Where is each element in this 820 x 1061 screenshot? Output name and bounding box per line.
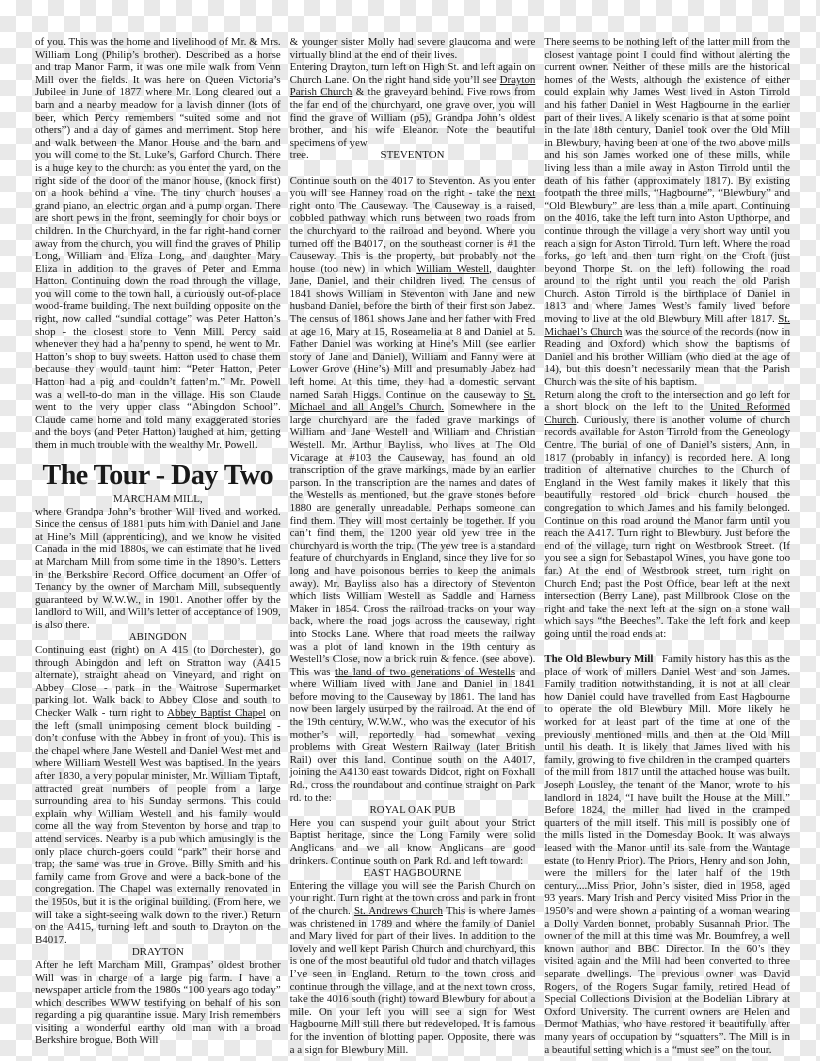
section-heading-marcham-mill: MARCHAM MILL, [35, 493, 281, 506]
paragraph: of you. This was the home and livelihood… [35, 36, 281, 452]
underlined-reference: Abbey Baptist Chapel [167, 707, 266, 719]
text-run: where Grandpa John’s brother Will lived … [35, 506, 281, 631]
bold-lead: The Old Blewbury Mill [544, 653, 653, 665]
paragraph: Return along the croft to the intersecti… [544, 389, 790, 641]
paragraph-gap [544, 641, 790, 654]
text-run: There seems to be nothing left of the la… [544, 36, 790, 325]
text-run: of you. This was the home and livelihood… [35, 36, 281, 451]
underlined-reference: next [517, 187, 536, 199]
underlined-reference: William Westell [416, 263, 489, 275]
column-1: of you. This was the home and livelihood… [35, 36, 281, 1047]
text-run: . Curiously, there is another volume of … [544, 414, 790, 640]
paragraph: Here you can suspend your guilt about yo… [290, 817, 536, 867]
text-run: on the left (small unimposing cement blo… [35, 707, 281, 946]
paragraph: There seems to be nothing left of the la… [544, 36, 790, 389]
paragraph: Continuing east (right) on A 415 (to Dor… [35, 644, 281, 946]
text-run: Continue south on the 4017 to Steventon.… [290, 175, 536, 200]
paragraph: where Grandpa John’s brother Will lived … [35, 506, 281, 632]
paragraph: Entering Drayton, turn left on High St. … [290, 61, 536, 149]
section-heading-east-hagbourne: EAST HAGBOURNE [290, 867, 536, 880]
section-heading-royal-oak-pub: ROYAL OAK PUB [290, 804, 536, 817]
paragraph: The Old Blewbury Mill Family history has… [544, 653, 790, 1056]
text-run: , daughter Jane, Daniel, and their child… [290, 263, 536, 401]
column-3: There seems to be nothing left of the la… [544, 36, 790, 1056]
text-run: and where William lived with Jane and Da… [290, 666, 536, 804]
split-line: tree.STEVENTON [290, 149, 536, 162]
text-run: After he left Marcham Mill, Grampas’ old… [35, 959, 281, 1047]
underlined-reference: St. Andrews Church [354, 905, 443, 917]
text-run: Family history has this as the place of … [544, 653, 790, 1055]
paragraph: After he left Marcham Mill, Grampas’ old… [35, 959, 281, 1047]
section-heading-abingdon: ABINGDON [35, 631, 281, 644]
text-run: This is where James was christened in 17… [290, 905, 536, 1056]
text-run: Here you can suspend your guilt about yo… [290, 817, 536, 867]
underlined-reference: the land of two generations of Westells [335, 666, 515, 678]
text-run: & younger sister Molly had severe glauco… [290, 36, 536, 61]
text-run: Somewhere in the large churchyard are th… [290, 401, 536, 677]
section-heading-steventon: STEVENTON [290, 149, 536, 162]
paragraph: Entering the village you will see the Pa… [290, 880, 536, 1056]
column-2: & younger sister Molly had severe glauco… [290, 36, 536, 1056]
paragraph: Continue south on the 4017 to Steventon.… [290, 175, 536, 805]
paragraph-gap [290, 162, 536, 175]
document-page: of you. This was the home and livelihood… [0, 0, 820, 1061]
section-heading-drayton: DRAYTON [35, 946, 281, 959]
paragraph: & younger sister Molly had severe glauco… [290, 36, 536, 61]
text-run: Entering Drayton, turn left on High St. … [290, 61, 536, 86]
document-title: The Tour - Day Two [35, 460, 281, 491]
document-columns: of you. This was the home and livelihood… [35, 36, 790, 1056]
